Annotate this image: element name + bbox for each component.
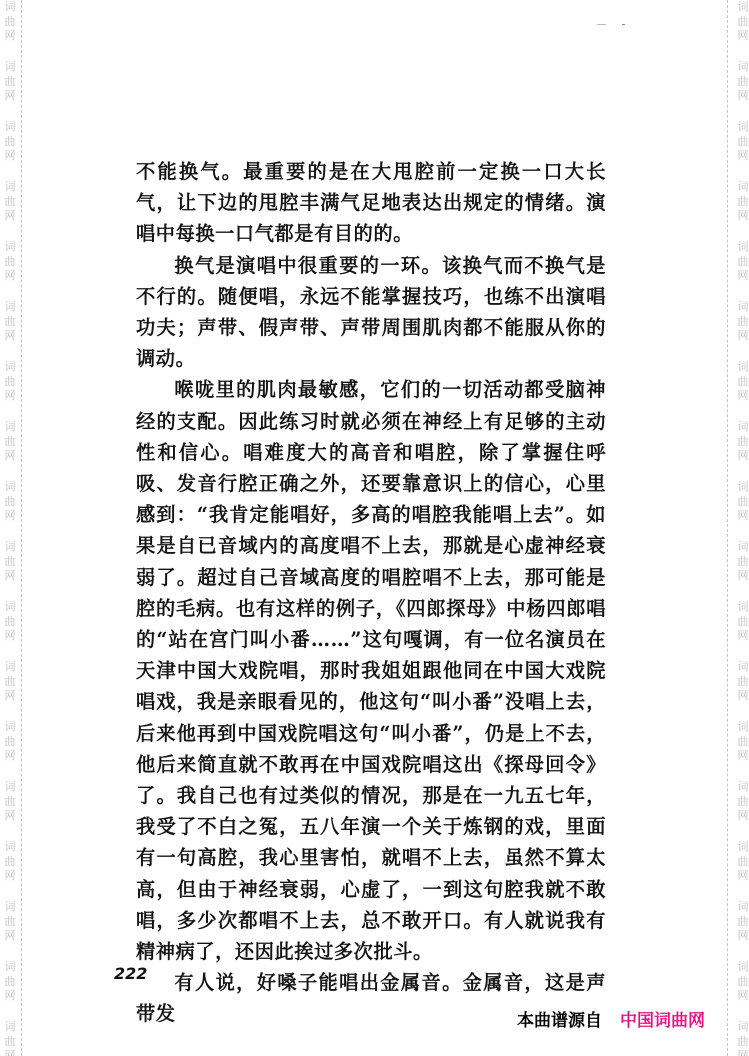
- watermark-char: 词: [2, 960, 18, 975]
- watermark-group: 词曲网: [735, 900, 749, 944]
- watermark-char: 曲: [2, 615, 18, 630]
- watermark-char: 网: [735, 389, 749, 404]
- watermark-char: 词: [735, 420, 749, 435]
- watermark-char: 词: [2, 900, 18, 915]
- watermark-char: 词: [2, 360, 18, 375]
- watermark-group: 词曲网: [735, 240, 749, 284]
- watermark-strip-right: 词曲网词曲网词曲网词曲网词曲网词曲网词曲网词曲网词曲网词曲网词曲网词曲网词曲网词…: [735, 0, 749, 1056]
- watermark-char: 网: [735, 329, 749, 344]
- watermark-char: 词: [2, 420, 18, 435]
- watermark-char: 曲: [735, 375, 749, 390]
- watermark-char: 网: [2, 989, 18, 1004]
- watermark-char: 词: [735, 900, 749, 915]
- watermark-char: 曲: [735, 795, 749, 810]
- watermark-group: 词曲网: [2, 300, 18, 344]
- watermark-group: 词曲网: [2, 420, 18, 464]
- watermark-char: 词: [735, 660, 749, 675]
- watermark-group: 词曲网: [735, 960, 749, 1004]
- watermark-char: 词: [2, 60, 18, 75]
- watermark-char: 词: [735, 60, 749, 75]
- watermark-char: 曲: [735, 435, 749, 450]
- watermark-char: 网: [2, 389, 18, 404]
- watermark-char: 网: [2, 689, 18, 704]
- watermark-char: 词: [735, 360, 749, 375]
- watermark-char: 曲: [735, 495, 749, 510]
- scan-mark: [622, 24, 625, 25]
- watermark-char: 曲: [2, 195, 18, 210]
- watermark-char: 曲: [735, 975, 749, 990]
- watermark-char: 网: [735, 929, 749, 944]
- watermark-group: 词曲网: [2, 900, 18, 944]
- watermark-char: 曲: [2, 975, 18, 990]
- watermark-char: 网: [735, 509, 749, 524]
- watermark-char: 网: [2, 929, 18, 944]
- watermark-char: 网: [735, 1049, 749, 1056]
- watermark-char: 网: [2, 29, 18, 44]
- watermark-group: 词曲网: [735, 780, 749, 824]
- watermark-group: 词曲网: [2, 720, 18, 764]
- watermark-char: 网: [2, 89, 18, 104]
- watermark-group: 词曲网: [735, 720, 749, 764]
- scan-mark: [597, 24, 606, 25]
- watermark-char: 词: [2, 180, 18, 195]
- watermark-char: 曲: [735, 855, 749, 870]
- watermark-group: 词曲网: [735, 480, 749, 524]
- watermark-group: 词曲网: [735, 660, 749, 704]
- watermark-group: 词曲网: [2, 180, 18, 224]
- watermark-char: 词: [2, 240, 18, 255]
- page-body: 不能换气。最重要的是在大甩腔前一定换一口大长气，让下边的甩腔丰满气足地表达出规定…: [136, 156, 606, 1030]
- watermark-char: 曲: [2, 15, 18, 30]
- watermark-char: 词: [735, 0, 749, 15]
- watermark-char: 词: [2, 1020, 18, 1035]
- watermark-group: 词曲网: [735, 360, 749, 404]
- watermark-char: 曲: [735, 555, 749, 570]
- watermark-char: 曲: [735, 15, 749, 30]
- watermark-char: 词: [735, 180, 749, 195]
- watermark-char: 词: [735, 600, 749, 615]
- watermark-divider-left: [21, 0, 22, 1056]
- watermark-char: 网: [735, 209, 749, 224]
- watermark-char: 网: [2, 809, 18, 824]
- watermark-char: 词: [2, 720, 18, 735]
- watermark-char: 网: [2, 629, 18, 644]
- watermark-char: 网: [735, 449, 749, 464]
- watermark-group: 词曲网: [735, 840, 749, 884]
- watermark-char: 词: [735, 780, 749, 795]
- watermark-char: 曲: [2, 915, 18, 930]
- watermark-char: 网: [2, 749, 18, 764]
- watermark-char: 词: [2, 840, 18, 855]
- watermark-char: 网: [735, 269, 749, 284]
- watermark-group: 词曲网: [2, 240, 18, 284]
- watermark-char: 词: [735, 300, 749, 315]
- watermark-char: 曲: [735, 255, 749, 270]
- watermark-char: 词: [735, 840, 749, 855]
- watermark-char: 网: [2, 869, 18, 884]
- watermark-char: 曲: [2, 855, 18, 870]
- watermark-divider-right: [727, 0, 728, 1056]
- watermark-char: 网: [735, 29, 749, 44]
- watermark-group: 词曲网: [2, 360, 18, 404]
- watermark-char: 曲: [735, 195, 749, 210]
- watermark-char: 网: [735, 869, 749, 884]
- watermark-char: 网: [735, 629, 749, 644]
- watermark-char: 曲: [2, 435, 18, 450]
- watermark-group: 词曲网: [2, 660, 18, 704]
- watermark-char: 网: [735, 689, 749, 704]
- source-label: 本曲谱源自: [517, 1011, 602, 1031]
- watermark-group: 词曲网: [735, 60, 749, 104]
- watermark-char: 曲: [735, 75, 749, 90]
- watermark-group: 词曲网: [2, 120, 18, 164]
- watermark-group: 词曲网: [2, 60, 18, 104]
- source-site-link[interactable]: 中国词曲网: [620, 1011, 705, 1031]
- watermark-char: 网: [2, 1049, 18, 1056]
- watermark-char: 词: [735, 480, 749, 495]
- watermark-char: 词: [2, 120, 18, 135]
- watermark-group: 词曲网: [735, 300, 749, 344]
- watermark-char: 网: [2, 509, 18, 524]
- watermark-char: 曲: [2, 675, 18, 690]
- watermark-char: 网: [735, 809, 749, 824]
- watermark-char: 词: [2, 780, 18, 795]
- watermark-char: 曲: [735, 1035, 749, 1050]
- watermark-char: 网: [2, 329, 18, 344]
- watermark-group: 词曲网: [735, 0, 749, 44]
- watermark-char: 词: [2, 540, 18, 555]
- watermark-char: 曲: [2, 1035, 18, 1050]
- watermark-group: 词曲网: [735, 540, 749, 584]
- watermark-char: 曲: [2, 795, 18, 810]
- source-attribution: 本曲谱源自中国词曲网: [517, 1006, 705, 1031]
- paragraph-1: 不能换气。最重要的是在大甩腔前一定换一口大长气，让下边的甩腔丰满气足地表达出规定…: [136, 156, 606, 250]
- watermark-group: 词曲网: [2, 780, 18, 824]
- watermark-char: 词: [2, 660, 18, 675]
- watermark-char: 词: [2, 300, 18, 315]
- watermark-group: 词曲网: [735, 600, 749, 644]
- watermark-char: 曲: [2, 255, 18, 270]
- watermark-char: 曲: [2, 315, 18, 330]
- watermark-char: 网: [735, 149, 749, 164]
- watermark-group: 词曲网: [735, 420, 749, 464]
- watermark-char: 曲: [2, 75, 18, 90]
- watermark-char: 曲: [2, 735, 18, 750]
- watermark-char: 词: [735, 540, 749, 555]
- watermark-group: 词曲网: [2, 840, 18, 884]
- watermark-char: 词: [735, 120, 749, 135]
- watermark-group: 词曲网: [2, 540, 18, 584]
- watermark-char: 曲: [735, 135, 749, 150]
- watermark-char: 曲: [735, 675, 749, 690]
- page-number: 222: [114, 964, 147, 983]
- watermark-char: 曲: [2, 555, 18, 570]
- watermark-char: 词: [2, 480, 18, 495]
- watermark-char: 词: [735, 720, 749, 735]
- watermark-char: 词: [735, 1020, 749, 1035]
- watermark-char: 词: [2, 600, 18, 615]
- watermark-char: 网: [735, 569, 749, 584]
- watermark-char: 曲: [735, 735, 749, 750]
- watermark-char: 曲: [735, 315, 749, 330]
- watermark-group: 词曲网: [2, 600, 18, 644]
- watermark-char: 曲: [2, 495, 18, 510]
- watermark-group: 词曲网: [2, 0, 18, 44]
- watermark-char: 网: [735, 749, 749, 764]
- watermark-strip-left: 词曲网词曲网词曲网词曲网词曲网词曲网词曲网词曲网词曲网词曲网词曲网词曲网词曲网词…: [2, 0, 22, 1056]
- watermark-char: 网: [2, 569, 18, 584]
- watermark-group: 词曲网: [2, 960, 18, 1004]
- watermark-char: 曲: [2, 135, 18, 150]
- watermark-char: 词: [735, 240, 749, 255]
- watermark-group: 词曲网: [2, 480, 18, 524]
- watermark-char: 网: [2, 269, 18, 284]
- watermark-char: 网: [735, 989, 749, 1004]
- paragraph-3: 喉咙里的肌肉最敏感，它们的一切活动都受脑神经的支配。因此练习时就必须在神经上有足…: [136, 374, 606, 967]
- watermark-char: 网: [2, 149, 18, 164]
- watermark-char: 网: [735, 89, 749, 104]
- watermark-char: 词: [2, 0, 18, 15]
- paragraph-2: 换气是演唱中很重要的一环。该换气而不换气是不行的。随便唱，永远不能掌握技巧，也练…: [136, 250, 606, 375]
- watermark-char: 网: [2, 209, 18, 224]
- watermark-char: 词: [735, 960, 749, 975]
- watermark-char: 网: [2, 449, 18, 464]
- watermark-group: 词曲网: [2, 1020, 18, 1056]
- watermark-group: 词曲网: [735, 120, 749, 164]
- watermark-group: 词曲网: [735, 180, 749, 224]
- watermark-char: 曲: [735, 615, 749, 630]
- watermark-group: 词曲网: [735, 1020, 749, 1056]
- watermark-char: 曲: [735, 915, 749, 930]
- watermark-char: 曲: [2, 375, 18, 390]
